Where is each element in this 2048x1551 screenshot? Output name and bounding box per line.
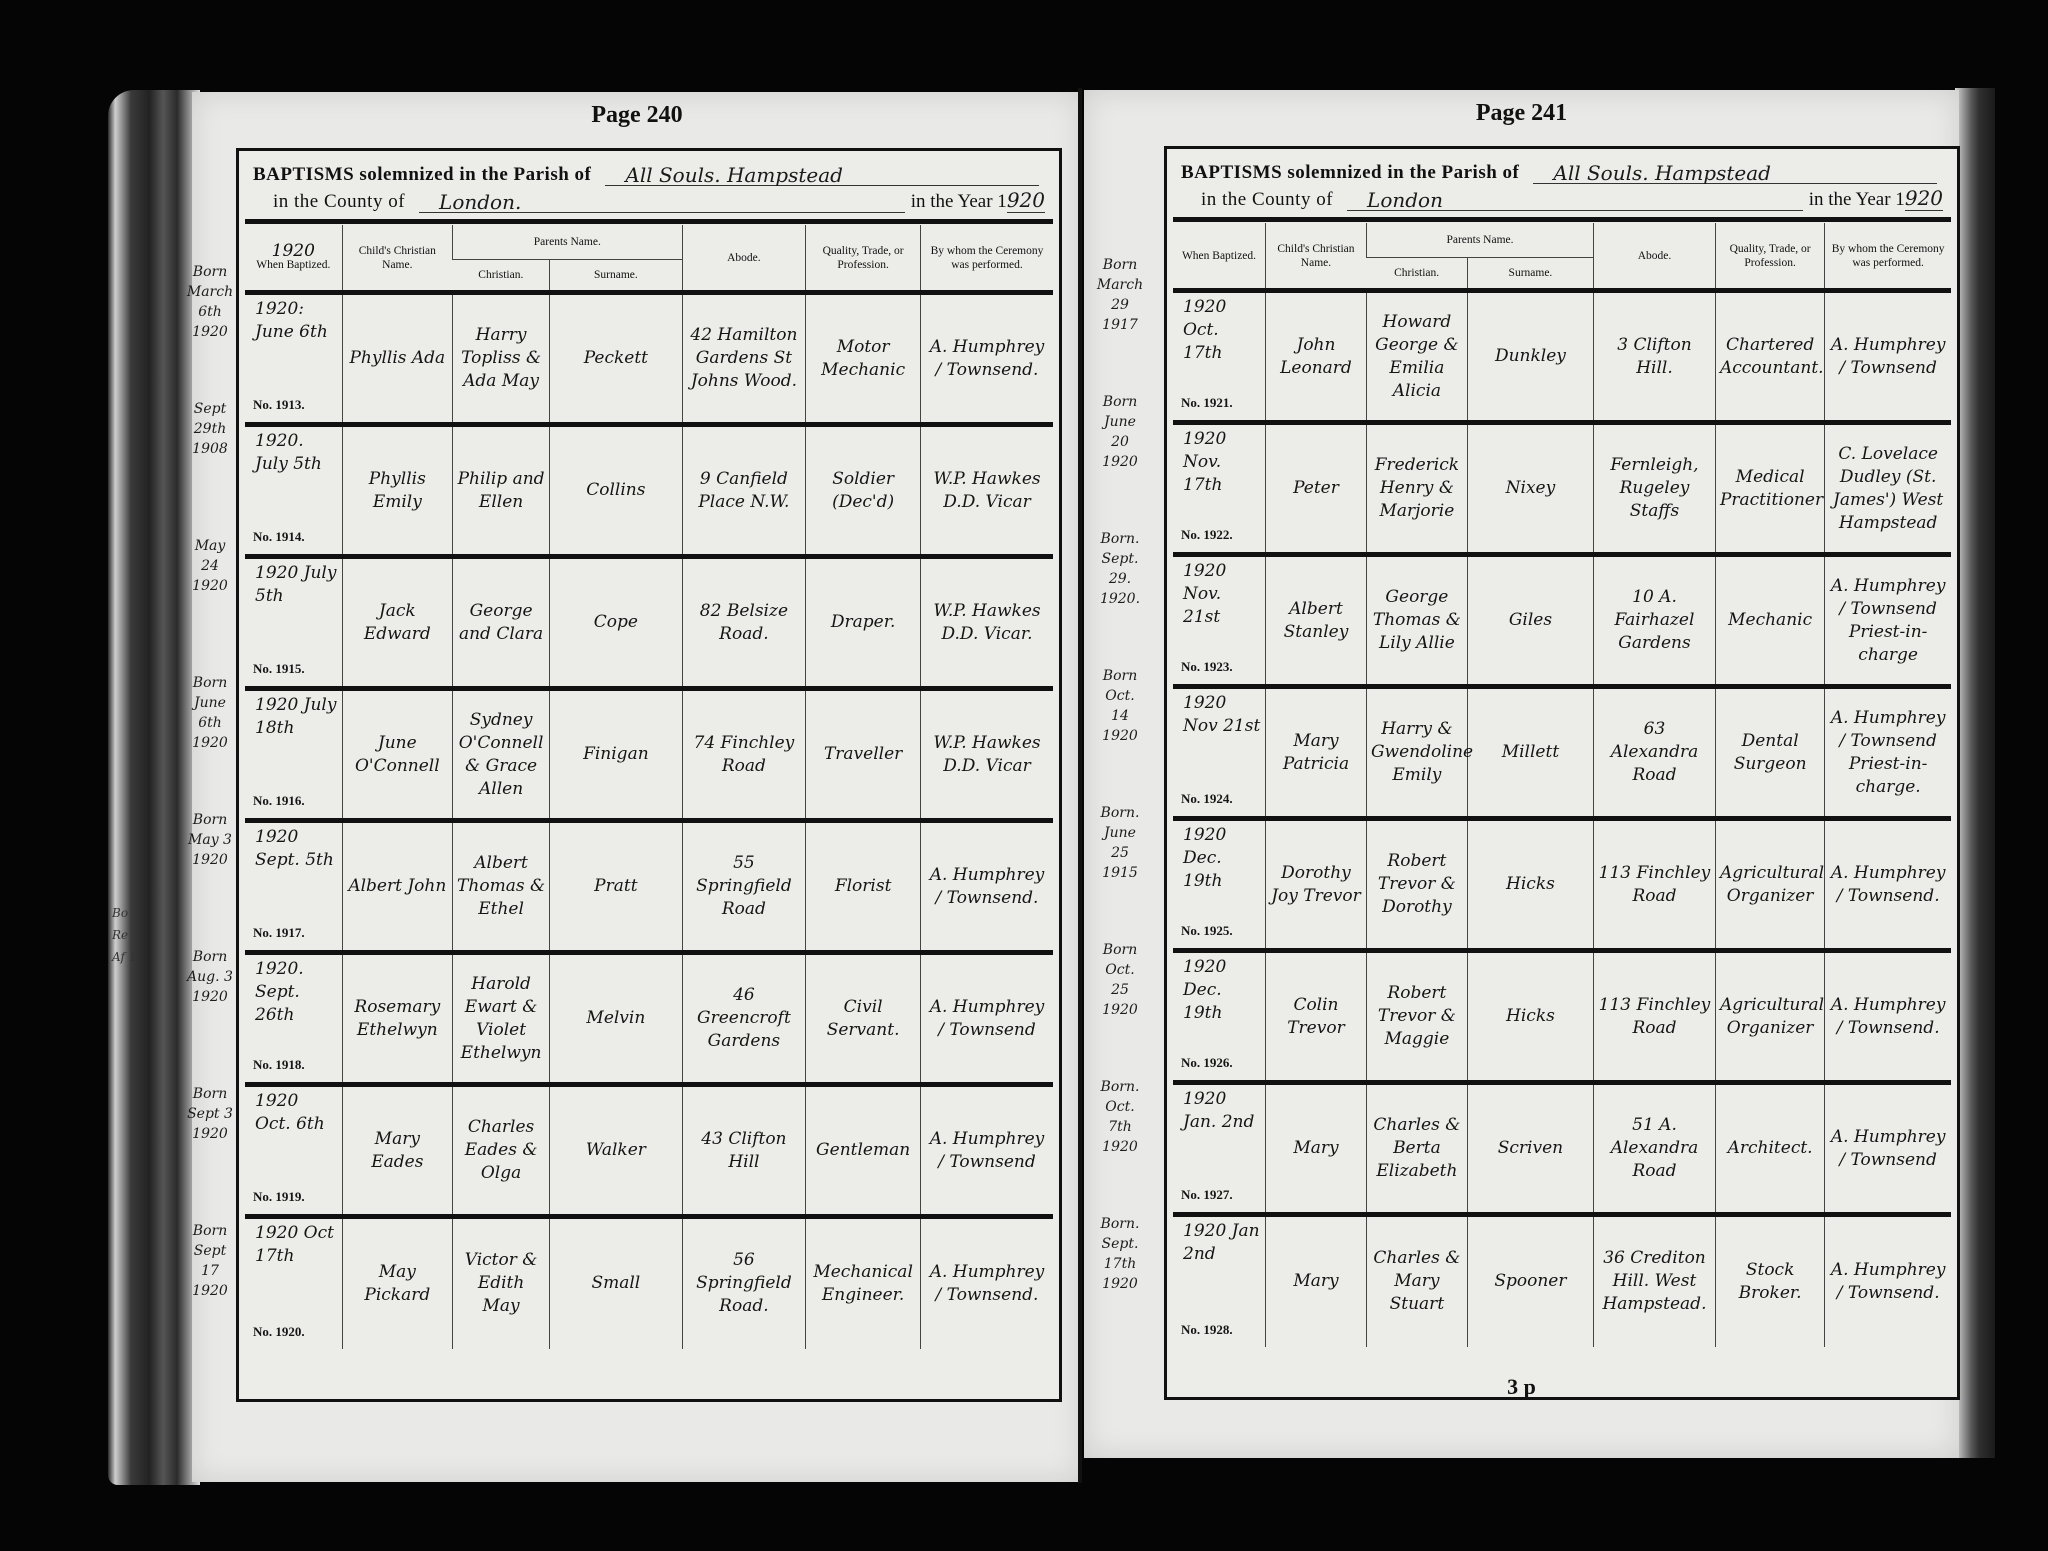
baptism-date: 1920 Oct. 6thNo. 1919. (245, 1085, 342, 1217)
surname: Scriven (1467, 1083, 1593, 1215)
baptism-date-text: 1920 Dec. 19th (1183, 957, 1226, 1023)
baptism-date: 1920 Nov. 21stNo. 1923. (1173, 555, 1266, 687)
birth-date-margin-note: Born May 3 1920 (186, 810, 234, 870)
register-entry-row: 1920 Oct 17thNo. 1920.May PickardVictor … (245, 1217, 1053, 1349)
abode: 9 Canfield Place N.W. (682, 425, 806, 557)
title-prefix: BAPTISMS solemnized in the Parish of (1181, 162, 1519, 184)
surname: Hicks (1467, 951, 1593, 1083)
register-entry-row: 1920 Nov. 21stNo. 1923.Albert StanleyGeo… (1173, 555, 1951, 687)
child-name: June O'Connell (342, 689, 452, 821)
year-field: 920 (1007, 188, 1045, 213)
col-quality: Quality, Trade, or Profession. (806, 225, 921, 293)
officiant: A. Humphrey / Townsend. (921, 1217, 1054, 1349)
col-child: Child's Christian Name. (342, 225, 452, 293)
baptism-date-text: 1920 July 18th (255, 695, 336, 738)
officiant: W.P. Hawkes D.D. Vicar (921, 689, 1054, 821)
register-entry-row: 1920 July 5thNo. 1915.Jack EdwardGeorge … (245, 557, 1053, 689)
birth-date-margin-note: May 24 1920 (186, 536, 234, 596)
right-page: Page 241 BAPTISMS solemnized in the Pari… (1084, 90, 1959, 1458)
page-number: Page 241 (1084, 100, 1959, 127)
profession: Florist (806, 821, 921, 953)
col-parents: Parents Name. (453, 225, 683, 260)
officiant: A. Humphrey / Townsend. (921, 821, 1054, 953)
profession: Architect. (1715, 1083, 1824, 1215)
abode: 74 Finchley Road (682, 689, 806, 821)
header-rule (1173, 217, 1951, 222)
year-label: in the Year 1 (1809, 189, 1905, 211)
birth-date-margin-note: Born March 29 1917 (1096, 255, 1144, 335)
surname: Millett (1467, 687, 1593, 819)
child-name: Peter (1266, 423, 1367, 555)
abode: 82 Belsize Road. (682, 557, 806, 689)
baptism-date: 1920 Nov. 17thNo. 1922. (1173, 423, 1266, 555)
baptism-date-text: 1920 Oct 17th (255, 1223, 334, 1266)
parents-christian-names: Howard George & Emilia Alicia (1366, 291, 1467, 423)
abode: 56 Springfield Road. (682, 1217, 806, 1349)
col-parents-christian: Christian. (1366, 258, 1467, 291)
officiant: C. Lovelace Dudley (St. James') West Ham… (1825, 423, 1951, 555)
register-entry-row: 1920 Oct. 6thNo. 1919.Mary EadesCharles … (245, 1085, 1053, 1217)
col-by-whom: By whom the Ceremony was performed. (1825, 223, 1951, 291)
page-number: Page 240 (192, 102, 1082, 129)
left-page: Page 240 Bo Re Af 1 BAPTISMS solemnized … (192, 92, 1082, 1482)
profession: Dental Surgeon (1715, 687, 1824, 819)
baptism-date: 1920 Jan 2ndNo. 1928. (1173, 1215, 1266, 1347)
header-rule (245, 219, 1053, 224)
baptism-date: 1920 Jan. 2ndNo. 1927. (1173, 1083, 1266, 1215)
baptism-date: 1920 July 5thNo. 1915. (245, 557, 342, 689)
entry-number: No. 1922. (1181, 523, 1233, 546)
abode: Fernleigh, Rugeley Staffs (1594, 423, 1716, 555)
abode: 55 Springfield Road (682, 821, 806, 953)
child-name: Phyllis Ada (342, 293, 452, 425)
surname: Small (550, 1217, 682, 1349)
birth-date-margin-note: Born June 6th 1920 (186, 673, 234, 753)
year-label: in the Year 1 (911, 191, 1007, 213)
entry-number: No. 1917. (253, 921, 305, 944)
officiant: A. Humphrey / Townsend Priest-in-charge (1825, 555, 1951, 687)
birth-date-margin-note: Born Oct. 25 1920 (1096, 940, 1144, 1020)
parents-christian-names: Robert Trevor & Dorothy (1366, 819, 1467, 951)
register-entry-row: 1920. July 5thNo. 1914.Phyllis EmilyPhil… (245, 425, 1053, 557)
child-name: Albert Stanley (1266, 555, 1367, 687)
county-label: in the County of (273, 191, 405, 213)
col-when: When Baptized. (1173, 223, 1266, 291)
profession: Gentleman (806, 1085, 921, 1217)
col-quality: Quality, Trade, or Profession. (1715, 223, 1824, 291)
baptism-date-text: 1920 Nov. 17th (1183, 429, 1226, 495)
abode: 10 A. Fairhazel Gardens (1594, 555, 1716, 687)
county-field: London (1347, 190, 1803, 211)
birth-date-margin-note: Born Sept 3 1920 (186, 1084, 234, 1144)
child-name: Mary (1266, 1083, 1367, 1215)
child-name: Jack Edward (342, 557, 452, 689)
profession: Chartered Accountant. (1715, 291, 1824, 423)
surname: Giles (1467, 555, 1593, 687)
child-name: Colin Trevor (1266, 951, 1367, 1083)
county-field: London. (419, 192, 905, 213)
birth-date-margin-note: Born. Sept. 17th 1920 (1096, 1214, 1144, 1294)
profession: Mechanical Engineer. (806, 1217, 921, 1349)
baptism-date: 1920 Sept. 5thNo. 1917. (245, 821, 342, 953)
abode: 51 A. Alexandra Road (1594, 1083, 1716, 1215)
birth-date-margin-note: Born Oct. 14 1920 (1096, 666, 1144, 746)
entry-number: No. 1914. (253, 525, 305, 548)
officiant: A. Humphrey / Townsend. (921, 293, 1054, 425)
register-entry-row: 1920 Nov. 17thNo. 1922.PeterFrederick He… (1173, 423, 1951, 555)
title-prefix: BAPTISMS solemnized in the Parish of (253, 164, 591, 186)
entry-number: No. 1921. (1181, 391, 1233, 414)
child-name: May Pickard (342, 1217, 452, 1349)
birth-date-margin-note: Born. Oct. 7th 1920 (1096, 1077, 1144, 1157)
child-name: Mary (1266, 1215, 1367, 1347)
abode: 3 Clifton Hill. (1594, 291, 1716, 423)
register-entry-row: 1920 July 18thNo. 1916.June O'ConnellSyd… (245, 689, 1053, 821)
col-when: 1920When Baptized. (245, 225, 342, 293)
profession: Draper. (806, 557, 921, 689)
surname: Finigan (550, 689, 682, 821)
baptism-date-text: 1920 Jan 2nd (1183, 1221, 1260, 1264)
year-field: 920 (1905, 186, 1943, 211)
register-title: BAPTISMS solemnized in the Parish of All… (239, 151, 1059, 221)
parents-christian-names: Charles Eades & Olga (453, 1085, 550, 1217)
col-parents-christian: Christian. (453, 260, 550, 293)
entry-number: No. 1925. (1181, 919, 1233, 942)
surname: Dunkley (1467, 291, 1593, 423)
baptism-date: 1920 Oct. 17thNo. 1921. (1173, 291, 1266, 423)
stray-margin-note: Bo Re Af 1 (112, 902, 142, 968)
baptism-date-text: 1920 Jan. 2nd (1183, 1089, 1254, 1132)
baptism-date: 1920: June 6thNo. 1913. (245, 293, 342, 425)
profession: Civil Servant. (806, 953, 921, 1085)
entry-number: No. 1920. (253, 1320, 305, 1343)
surname: Hicks (1467, 819, 1593, 951)
baptism-date: 1920 Nov 21stNo. 1924. (1173, 687, 1266, 819)
child-name: Dorothy Joy Trevor (1266, 819, 1367, 951)
profession: Soldier (Dec'd) (806, 425, 921, 557)
birth-date-margin-note: Born Aug. 3 1920 (186, 947, 234, 1007)
birth-date-margin-note: Born. Sept. 29. 1920. (1096, 529, 1144, 609)
entry-number: No. 1926. (1181, 1051, 1233, 1074)
abode: 43 Clifton Hill (682, 1085, 806, 1217)
parish-field: All Souls. Hampstead (1533, 163, 1937, 184)
parents-christian-names: George Thomas & Lily Allie (1366, 555, 1467, 687)
officiant: A. Humphrey / Townsend (1825, 1083, 1951, 1215)
abode: 113 Finchley Road (1594, 819, 1716, 951)
officiant: A. Humphrey / Townsend Priest-in-charge. (1825, 687, 1951, 819)
register-entry-row: 1920 Jan 2ndNo. 1928.MaryCharles & Mary … (1173, 1215, 1951, 1347)
abode: 46 Greencroft Gardens (682, 953, 806, 1085)
profession: Agricultural Organizer (1715, 819, 1824, 951)
parish-field: All Souls. Hampstead (605, 165, 1039, 186)
profession: Motor Mechanic (806, 293, 921, 425)
entry-number: No. 1915. (253, 657, 305, 680)
baptism-date-text: 1920 Nov. 21st (1183, 561, 1226, 627)
register-entry-row: 1920 Nov 21stNo. 1924.Mary PatriciaHarry… (1173, 687, 1951, 819)
book-gutter (1078, 88, 1082, 1483)
entry-number: No. 1916. (253, 789, 305, 812)
abode: 113 Finchley Road (1594, 951, 1716, 1083)
surname: Walker (550, 1085, 682, 1217)
baptism-date-text: 1920 Oct. 17th (1183, 297, 1226, 363)
footer-mark: 3 p (1084, 1374, 1959, 1400)
surname: Melvin (550, 953, 682, 1085)
baptism-date: 1920. Sept. 26thNo. 1918. (245, 953, 342, 1085)
abode: 42 Hamilton Gardens St Johns Wood. (682, 293, 806, 425)
birth-date-margin-note: Born Sept 17 1920 (186, 1221, 234, 1301)
baptism-date-text: 1920 Nov 21st (1183, 693, 1260, 736)
parents-christian-names: Robert Trevor & Maggie (1366, 951, 1467, 1083)
parents-christian-names: Victor & Edith May (453, 1217, 550, 1349)
register-entry-row: 1920: June 6thNo. 1913.Phyllis AdaHarry … (245, 293, 1053, 425)
entry-number: No. 1919. (253, 1185, 305, 1208)
register-entry-row: 1920 Dec. 19thNo. 1926.Colin TrevorRober… (1173, 951, 1951, 1083)
entry-number: No. 1927. (1181, 1183, 1233, 1206)
baptism-date: 1920 July 18thNo. 1916. (245, 689, 342, 821)
baptism-register-table: When Baptized. Child's Christian Name. P… (1173, 223, 1951, 1347)
officiant: W.P. Hawkes D.D. Vicar. (921, 557, 1054, 689)
register-entry-row: 1920 Oct. 17thNo. 1921.John LeonardHowar… (1173, 291, 1951, 423)
officiant: A. Humphrey / Townsend. (1825, 951, 1951, 1083)
register-entry-row: 1920 Sept. 5thNo. 1917.Albert JohnAlbert… (245, 821, 1053, 953)
parents-christian-names: Charles & Berta Elizabeth (1366, 1083, 1467, 1215)
col-child: Child's Christian Name. (1266, 223, 1367, 291)
entry-number: No. 1928. (1181, 1318, 1233, 1341)
baptism-date: 1920 Dec. 19thNo. 1925. (1173, 819, 1266, 951)
abode: 36 Crediton Hill. West Hampstead. (1594, 1215, 1716, 1347)
surname: Nixey (1467, 423, 1593, 555)
profession: Mechanic (1715, 555, 1824, 687)
abode: 63 Alexandra Road (1594, 687, 1716, 819)
baptism-date-text: 1920 July 5th (255, 563, 336, 606)
col-abode: Abode. (682, 225, 806, 293)
col-by-whom: By whom the Ceremony was performed. (921, 225, 1054, 293)
child-name: Mary Eades (342, 1085, 452, 1217)
officiant: A. Humphrey / Townsend. (1825, 819, 1951, 951)
officiant: A. Humphrey / Townsend (921, 1085, 1054, 1217)
officiant: A. Humphrey / Townsend. (1825, 1215, 1951, 1347)
entry-number: No. 1924. (1181, 787, 1233, 810)
parents-christian-names: Harold Ewart & Violet Ethelwyn (453, 953, 550, 1085)
child-name: John Leonard (1266, 291, 1367, 423)
baptism-register-table: 1920When Baptized. Child's Christian Nam… (245, 225, 1053, 1349)
child-name: Phyllis Emily (342, 425, 452, 557)
baptism-date: 1920 Dec. 19thNo. 1926. (1173, 951, 1266, 1083)
child-name: Rosemary Ethelwyn (342, 953, 452, 1085)
baptism-date: 1920 Oct 17thNo. 1920. (245, 1217, 342, 1349)
register-table-frame: BAPTISMS solemnized in the Parish of All… (1164, 146, 1960, 1400)
register-table-frame: BAPTISMS solemnized in the Parish of All… (236, 148, 1062, 1402)
parents-christian-names: Charles & Mary Stuart (1366, 1215, 1467, 1347)
officiant: A. Humphrey / Townsend (1825, 291, 1951, 423)
col-parents-surname: Surname. (1467, 258, 1593, 291)
parents-christian-names: Harry & Gwendoline Emily (1366, 687, 1467, 819)
profession: Traveller (806, 689, 921, 821)
parents-christian-names: Sydney O'Connell & Grace Allen (453, 689, 550, 821)
baptism-date-text: 1920 Dec. 19th (1183, 825, 1226, 891)
baptism-date-text: 1920 Oct. 6th (255, 1091, 325, 1134)
baptism-date-text: 1920 Sept. 5th (255, 827, 334, 870)
col-parents: Parents Name. (1366, 223, 1593, 258)
officiant: W.P. Hawkes D.D. Vicar (921, 425, 1054, 557)
county-label: in the County of (1201, 189, 1333, 211)
parents-christian-names: Philip and Ellen (453, 425, 550, 557)
register-entry-row: 1920 Dec. 19thNo. 1925.Dorothy Joy Trevo… (1173, 819, 1951, 951)
profession: Stock Broker. (1715, 1215, 1824, 1347)
baptism-date-text: 1920. Sept. 26th (255, 959, 304, 1025)
register-title: BAPTISMS solemnized in the Parish of All… (1167, 149, 1957, 219)
register-entry-row: 1920 Jan. 2ndNo. 1927.MaryCharles & Bert… (1173, 1083, 1951, 1215)
baptism-date: 1920. July 5thNo. 1914. (245, 425, 342, 557)
book-page-edges-right (1955, 88, 1995, 1458)
parents-christian-names: George and Clara (453, 557, 550, 689)
col-parents-surname: Surname. (550, 260, 682, 293)
register-entry-row: 1920. Sept. 26thNo. 1918.Rosemary Ethelw… (245, 953, 1053, 1085)
entry-number: No. 1913. (253, 393, 305, 416)
parents-christian-names: Albert Thomas & Ethel (453, 821, 550, 953)
profession: Medical Practitioner (1715, 423, 1824, 555)
surname: Collins (550, 425, 682, 557)
officiant: A. Humphrey / Townsend (921, 953, 1054, 1085)
baptism-date-text: 1920. July 5th (255, 431, 322, 474)
surname: Spooner (1467, 1215, 1593, 1347)
child-name: Albert John (342, 821, 452, 953)
surname: Cope (550, 557, 682, 689)
birth-date-margin-note: Born March 6th 1920 (186, 262, 234, 342)
entry-number: No. 1918. (253, 1053, 305, 1076)
surname: Peckett (550, 293, 682, 425)
birth-date-margin-note: Sept 29th 1908 (186, 399, 234, 459)
baptism-date-text: 1920: June 6th (255, 299, 328, 342)
profession: Agricultural Organizer (1715, 951, 1824, 1083)
birth-date-margin-note: Born June 20 1920 (1096, 392, 1144, 472)
col-abode: Abode. (1594, 223, 1716, 291)
parents-christian-names: Frederick Henry & Marjorie (1366, 423, 1467, 555)
child-name: Mary Patricia (1266, 687, 1367, 819)
parents-christian-names: Harry Topliss & Ada May (453, 293, 550, 425)
birth-date-margin-note: Born. June 25 1915 (1096, 803, 1144, 883)
entry-number: No. 1923. (1181, 655, 1233, 678)
surname: Pratt (550, 821, 682, 953)
